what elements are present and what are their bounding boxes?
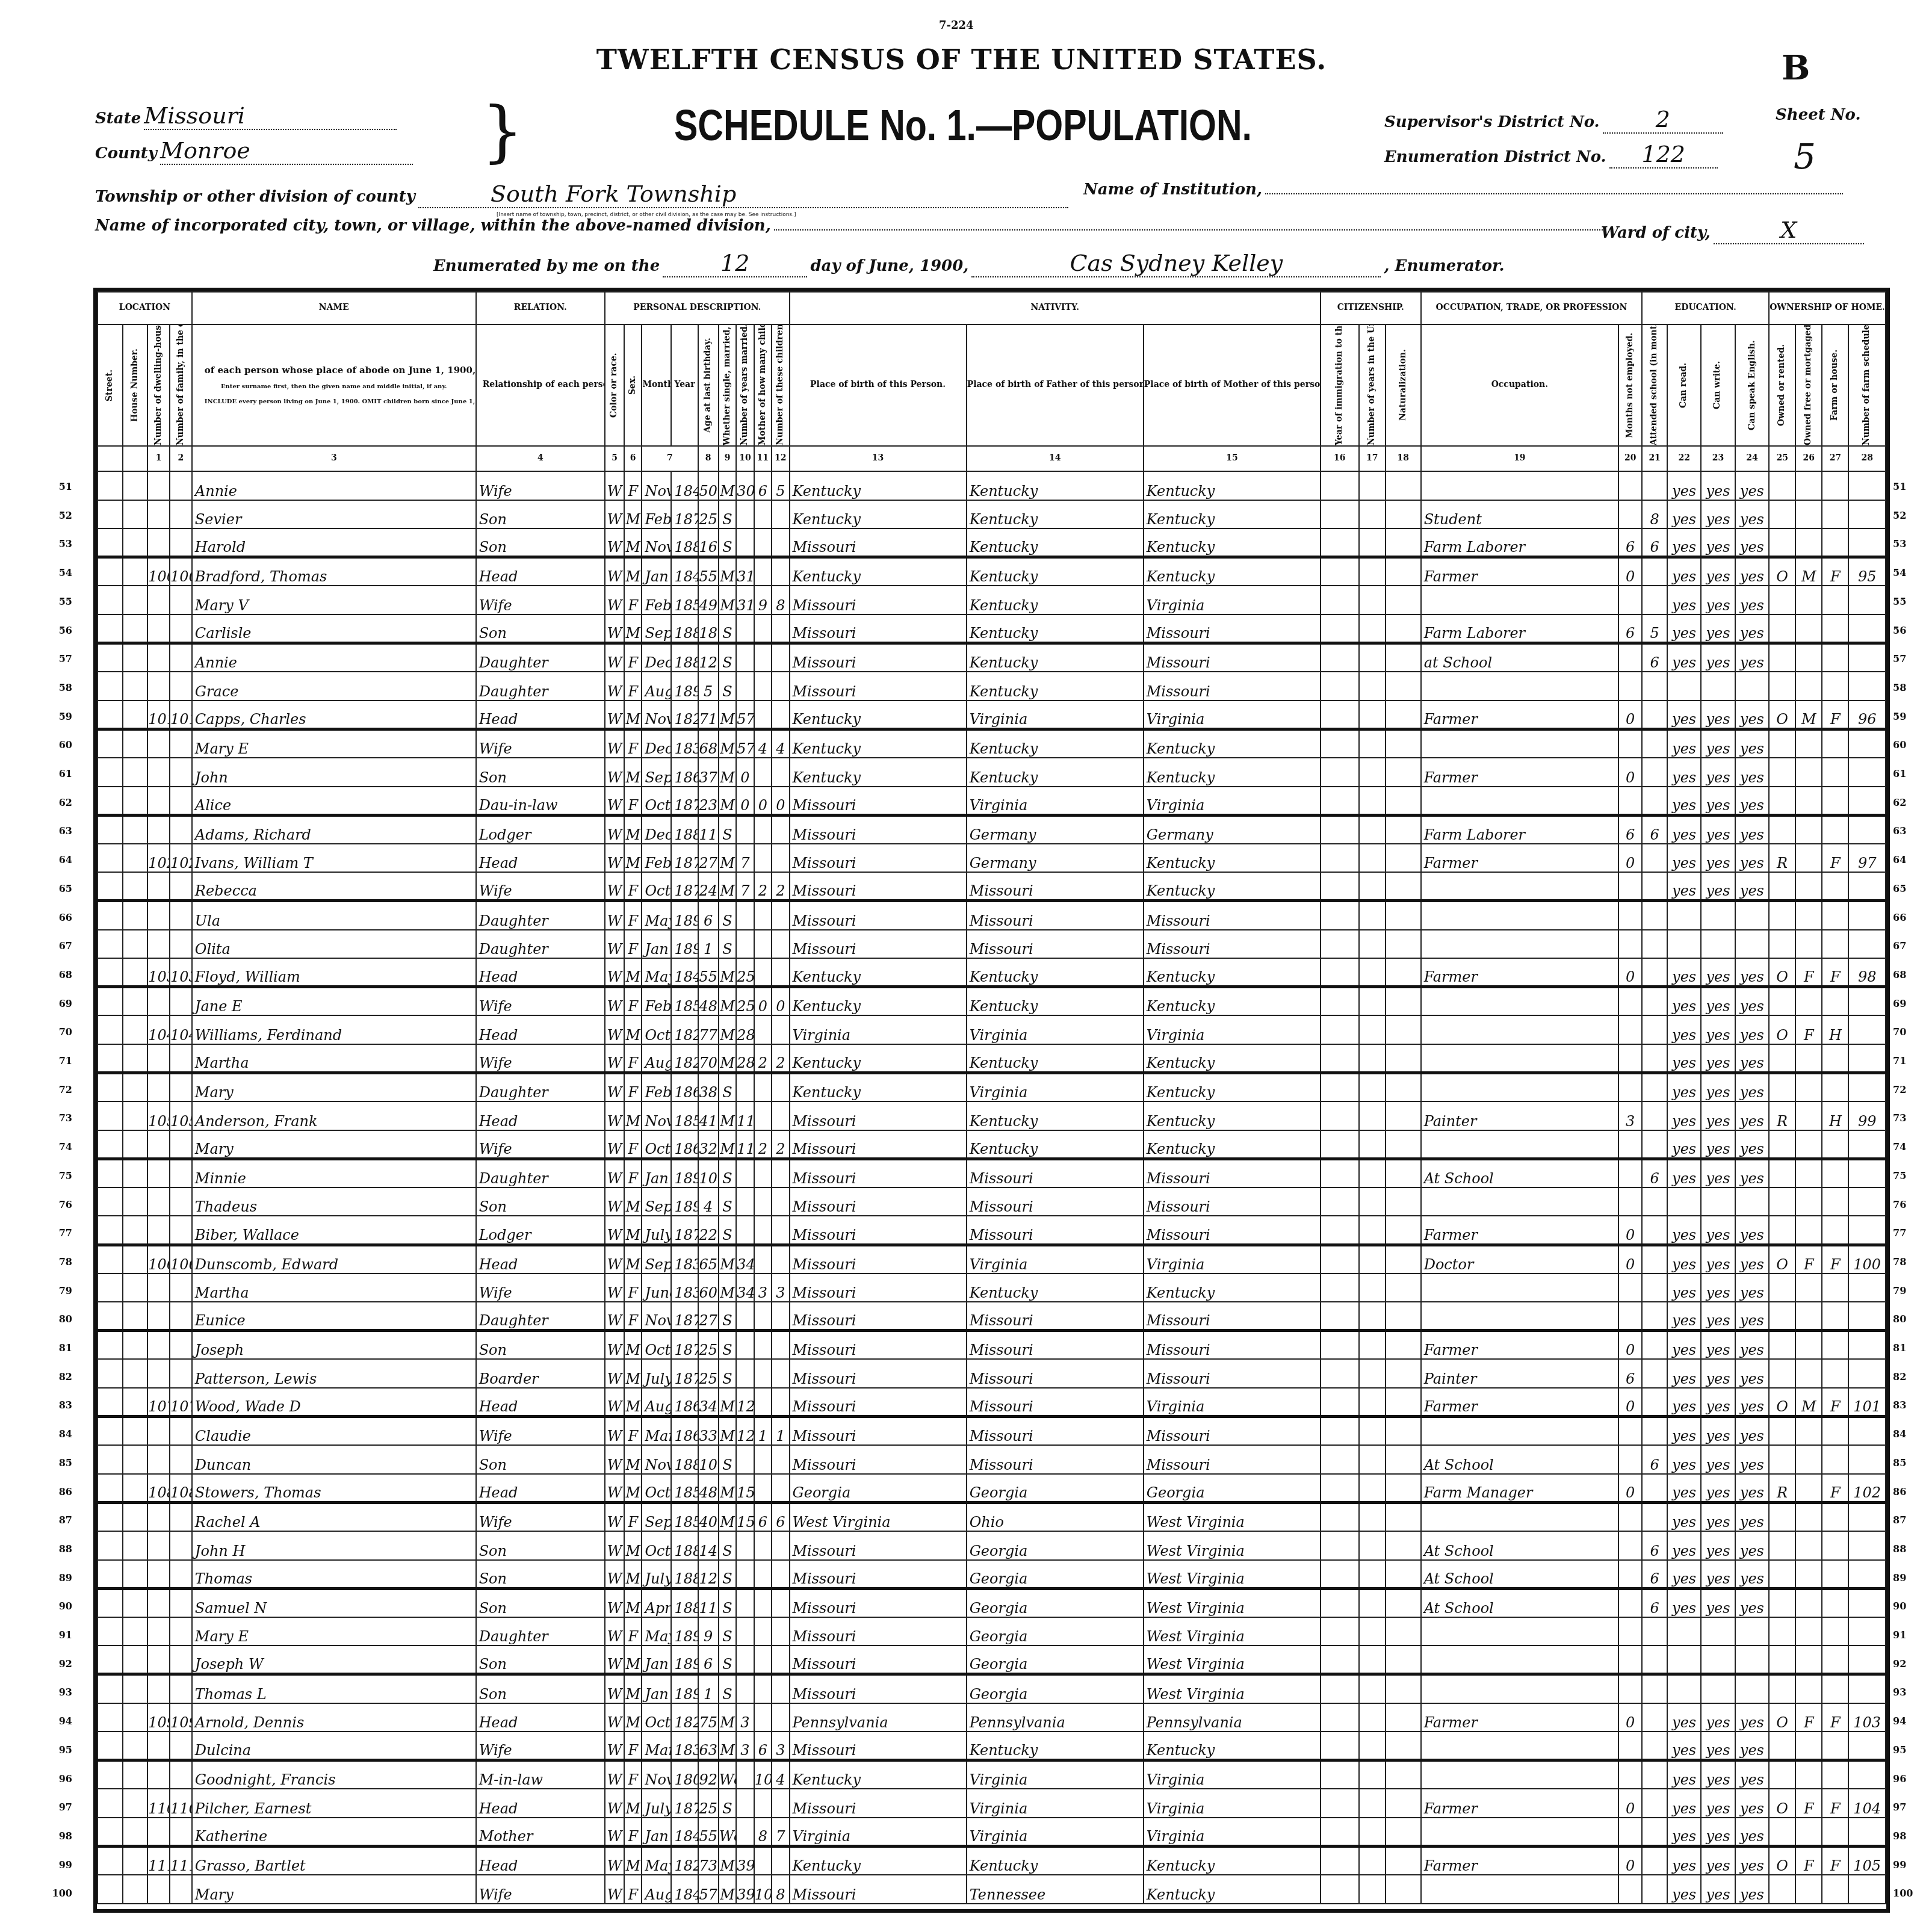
cell-mother-of [754,557,772,586]
cell-year: 1895 [671,1187,698,1216]
cell-own [1769,1732,1795,1760]
cell-family: 110 [170,1789,192,1818]
cell-birth: Kentucky [790,729,967,758]
cell-school: 6 [1642,643,1667,672]
cell-mother-birth: Germany [1144,815,1321,844]
line-number: 91 [1893,1629,1920,1641]
line-number: 77 [42,1227,72,1239]
cell-immig [1321,672,1359,701]
cell-relation: Daughter [476,1073,605,1101]
cell-mortgage [1795,1474,1822,1503]
cell-yrs-married: 12 [736,1417,754,1446]
cell-marital: M [719,787,736,816]
cell-age: 9 [698,1617,719,1646]
ward-value: X [1714,217,1864,244]
cell-immig [1321,1417,1359,1446]
cell-write: yes [1701,1216,1735,1245]
line-number: 69 [1893,998,1920,1009]
cell-name: Williams, Ferdinand [192,1015,476,1044]
cell-farm [1822,1044,1848,1073]
enumeration-line: Enumerated by me on the 12 day of June, … [433,250,1505,277]
cell-yrs-married: 11 [736,1101,754,1130]
cell-street [98,643,123,672]
cell-months-unemp: 6 [1618,528,1642,557]
cell-immig [1321,1789,1359,1818]
cell-sex: M [624,701,642,729]
cell-school [1642,729,1667,758]
cell-year: 1874 [671,1331,698,1360]
cell-write: yes [1701,1130,1735,1159]
cell-own: O [1769,1388,1795,1417]
table-row: Adams, RichardLodgerWMDec188811SMissouri… [98,815,1886,844]
cell-mortgage [1795,1646,1822,1674]
cell-relation: Head [476,701,605,729]
cell-own [1769,1073,1795,1101]
cell-yrs-married [736,930,754,959]
group-relation: RELATION. [476,292,605,324]
cell-name: Eunice [192,1302,476,1331]
cell-yrs-married [736,901,754,930]
table-row: CarlisleSonWMSep188118SMissouriKentuckyM… [98,615,1886,643]
cell-natural [1386,1732,1421,1760]
cell-natural [1386,1818,1421,1847]
cell-dwelling [147,1159,170,1187]
cell-family [170,1588,192,1617]
cell-month: Nov [642,1101,671,1130]
cell-write: yes [1701,987,1735,1016]
cell-family [170,1216,192,1245]
cell-mother-birth: Kentucky [1144,1101,1321,1130]
cell-age: 55 [698,557,719,586]
cell-farm: F [1822,701,1848,729]
cell-own [1769,758,1795,787]
cell-own: O [1769,1703,1795,1732]
cell-month: Feb [642,1073,671,1101]
cell-father-birth: Kentucky [967,987,1144,1016]
cell-family [170,1674,192,1703]
cell-name: Martha [192,1044,476,1073]
cell-father-birth: Virginia [967,1245,1144,1274]
cell-house [123,987,148,1016]
cell-month: Oct [642,1531,671,1560]
cell-english: yes [1735,1847,1769,1875]
cell-mother-of: 0 [754,787,772,816]
col-street: Street. [98,324,123,446]
cell-year: 1874 [671,1359,698,1388]
cell-father-birth: Georgia [967,1617,1144,1646]
cell-street [98,1302,123,1331]
cell-yrs-married: 39 [736,1875,754,1904]
cell-immig [1321,1073,1359,1101]
cell-mother-birth: Kentucky [1144,1875,1321,1904]
cell-birth: Missouri [790,1445,967,1474]
line-number: 67 [42,940,72,952]
cell-yrs-married: 7 [736,844,754,873]
cell-own [1769,815,1795,844]
cell-english: yes [1735,1388,1769,1417]
cell-mother-of [754,1674,772,1703]
cell-mortgage [1795,643,1822,672]
cell-father-birth: Kentucky [967,643,1144,672]
cell-father-birth: Missouri [967,1445,1144,1474]
cell-marital: M [719,958,736,987]
cell-mother-birth: Kentucky [1144,729,1321,758]
cell-yrs-married [736,1617,754,1646]
line-number: 95 [42,1744,72,1756]
cell-school [1642,471,1667,500]
cell-occupation [1421,1818,1618,1847]
cell-year: 1851 [671,1474,698,1503]
cell-sex: M [624,1789,642,1818]
line-number: 74 [1893,1141,1920,1153]
cell-living [772,1073,789,1101]
cell-father-birth: Missouri [967,1302,1144,1331]
cell-mother-of [754,1245,772,1274]
cell-marital: M [719,1044,736,1073]
cell-house [123,1588,148,1617]
cell-yrs-married [736,1302,754,1331]
cell-color: W [605,1245,624,1274]
line-number: 95 [1893,1744,1920,1756]
cell-years-us [1359,1216,1386,1245]
cell-month: May [642,901,671,930]
cell-month: Oct [642,1703,671,1732]
cell-sex: M [624,500,642,529]
city-value [774,229,1605,231]
table-row: MinnieDaughterWFJan189010SMissouriMissou… [98,1159,1886,1187]
cell-relation: Head [476,844,605,873]
cell-years-us [1359,1015,1386,1044]
cell-dwelling: 108 [147,1474,170,1503]
colno: 9 [719,446,736,471]
colno: 20 [1618,446,1642,471]
col-owned-rented: Owned or rented. [1769,324,1795,446]
cell-years-us [1359,615,1386,643]
cell-name: Dulcina [192,1732,476,1760]
cell-sex: M [624,1560,642,1589]
cell-month: Sep [642,615,671,643]
cell-color: W [605,1388,624,1417]
cell-family [170,815,192,844]
cell-years-us [1359,1388,1386,1417]
cell-natural [1386,1560,1421,1589]
cell-color: W [605,1474,624,1503]
cell-father-birth: Missouri [967,1417,1144,1446]
cell-write: yes [1701,1044,1735,1073]
cell-schedule [1848,758,1886,787]
cell-father-birth: Kentucky [967,1274,1144,1302]
colno: 10 [736,446,754,471]
cell-mother-of [754,1445,772,1474]
cell-name: Annie [192,471,476,500]
cell-mortgage: F [1795,958,1822,987]
group-personal: PERSONAL DESCRIPTION. [605,292,789,324]
table-row: 109109Arnold, DennisHeadWMOct182475M3Pen… [98,1703,1886,1732]
cell-street [98,844,123,873]
enumeration-district-value: 122 [1609,141,1718,169]
cell-age: 60 [698,1274,719,1302]
table-row: MaryDaughterWFFeb186238SKentuckyVirginia… [98,1073,1886,1101]
cell-relation: Head [476,1847,605,1875]
cell-months-unemp [1618,1015,1642,1044]
cell-years-us [1359,1044,1386,1073]
cell-living [772,758,789,787]
cell-schedule [1848,1732,1886,1760]
cell-year: 1867 [671,1130,698,1159]
cell-years-us [1359,1703,1386,1732]
line-number: 71 [1893,1055,1920,1067]
cell-occupation [1421,930,1618,959]
cell-months-unemp: 3 [1618,1101,1642,1130]
cell-house [123,930,148,959]
line-number: 72 [1893,1084,1920,1095]
cell-english: yes [1735,1015,1769,1044]
cell-name: Bradford, Thomas [192,557,476,586]
cell-yrs-married [736,1073,754,1101]
cell-farm [1822,872,1848,901]
cell-marital: M [719,1732,736,1760]
line-number: 86 [1893,1486,1920,1497]
cell-farm [1822,1274,1848,1302]
colno: 28 [1848,446,1886,471]
cell-read [1667,1617,1701,1646]
cell-mother-birth: Kentucky [1144,557,1321,586]
cell-relation: Son [476,528,605,557]
cell-family: 107 [170,1388,192,1417]
line-number: 79 [42,1285,72,1296]
cell-schedule [1848,1502,1886,1531]
cell-birth: Kentucky [790,500,967,529]
cell-school [1642,987,1667,1016]
cell-months-unemp [1618,1674,1642,1703]
cell-write: yes [1701,1703,1735,1732]
cell-house [123,1302,148,1331]
cell-immig [1321,787,1359,816]
cell-house [123,758,148,787]
cell-read: yes [1667,958,1701,987]
cell-marital: S [719,1359,736,1388]
cell-marital: M [719,987,736,1016]
cell-color: W [605,1875,624,1904]
cell-farm [1822,1302,1848,1331]
cell-year: 1877 [671,1216,698,1245]
cell-street [98,872,123,901]
cell-mother-of [754,1588,772,1617]
cell-month: Oct [642,1130,671,1159]
cell-birth: Missouri [790,1245,967,1274]
cell-dwelling [147,1417,170,1446]
cell-sex: F [624,987,642,1016]
cell-month: Dec [642,643,671,672]
cell-house [123,672,148,701]
cell-school [1642,872,1667,901]
cell-years-us [1359,672,1386,701]
cell-street [98,557,123,586]
cell-mother-birth: Missouri [1144,672,1321,701]
cell-family [170,758,192,787]
cell-occupation: Farmer [1421,557,1618,586]
cell-family [170,1818,192,1847]
cell-year: 1834 [671,1245,698,1274]
cell-immig [1321,815,1359,844]
cell-english [1735,901,1769,930]
cell-yrs-married: 57 [736,729,754,758]
cell-month: Feb [642,844,671,873]
cell-age: 73 [698,1847,719,1875]
cell-write: yes [1701,471,1735,500]
cell-immig [1321,844,1359,873]
cell-color: W [605,787,624,816]
cell-schedule [1848,1216,1886,1245]
cell-school [1642,1388,1667,1417]
ward-field: Ward of city, X [1601,217,1864,244]
cell-name: Annie [192,643,476,672]
cell-occupation [1421,1502,1618,1531]
cell-schedule: 97 [1848,844,1886,873]
cell-read: yes [1667,1502,1701,1531]
line-number: 80 [1893,1313,1920,1325]
cell-color: W [605,872,624,901]
line-number: 68 [1893,969,1920,980]
cell-living [772,958,789,987]
line-number: 84 [42,1428,72,1440]
cell-immig [1321,987,1359,1016]
cell-immig [1321,1245,1359,1274]
cell-schedule [1848,1187,1886,1216]
cell-month: May [642,1847,671,1875]
population-schedule-table: LOCATION NAME RELATION. PERSONAL DESCRIP… [93,288,1890,1913]
cell-years-us [1359,1331,1386,1360]
cell-years-us [1359,758,1386,787]
cell-birth: Missouri [790,1274,967,1302]
township-value: South Fork Township [418,181,1068,208]
cell-mother-birth: Kentucky [1144,1847,1321,1875]
colno: 19 [1421,446,1618,471]
cell-write: yes [1701,1588,1735,1617]
cell-sex: M [624,844,642,873]
cell-months-unemp [1618,1417,1642,1446]
cell-read: yes [1667,643,1701,672]
cell-street [98,1130,123,1159]
cell-immig [1321,1703,1359,1732]
cell-read: yes [1667,1760,1701,1789]
cell-mortgage [1795,758,1822,787]
cell-sex: M [624,758,642,787]
cell-farm: F [1822,1847,1848,1875]
cell-school [1642,1331,1667,1360]
cell-name: Thadeus [192,1187,476,1216]
cell-family [170,1732,192,1760]
cell-immig [1321,1646,1359,1674]
cell-age: 34 [698,1388,719,1417]
col-birth-mother: Place of birth of Mother of this person. [1144,324,1321,446]
cell-relation: Son [476,1331,605,1360]
cell-farm [1822,1187,1848,1216]
cell-color: W [605,758,624,787]
cell-mother-of [754,528,772,557]
line-number: 59 [1893,711,1920,722]
cell-natural [1386,557,1421,586]
cell-relation: Dau-in-law [476,787,605,816]
cell-sex: F [624,1302,642,1331]
cell-birth: Missouri [790,1531,967,1560]
cell-mother-birth: Virginia [1144,1818,1321,1847]
cell-family [170,1760,192,1789]
cell-write: yes [1701,1159,1735,1187]
cell-yrs-married [736,1359,754,1388]
cell-natural [1386,1674,1421,1703]
line-number: 58 [1893,682,1920,693]
table-row: 100100Bradford, ThomasHeadWMJan184555M31… [98,557,1886,586]
cell-mother-of [754,643,772,672]
cell-color: W [605,701,624,729]
cell-year: 1894 [671,901,698,930]
cell-immig [1321,1044,1359,1073]
cell-color: W [605,1560,624,1589]
table-row: ThadeusSonWMSep18954SMissouriMissouriMis… [98,1187,1886,1216]
cell-years-us [1359,1560,1386,1589]
cell-living: 1 [772,1417,789,1446]
cell-mother-of: 3 [754,1274,772,1302]
cell-marital: S [719,1646,736,1674]
cell-dwelling [147,1445,170,1474]
cell-father-birth: Virginia [967,1760,1144,1789]
cell-farm: F [1822,1789,1848,1818]
table-row: Patterson, LewisBoarderWMJuly187425SMiss… [98,1359,1886,1388]
cell-sex: M [624,1474,642,1503]
cell-read: yes [1667,758,1701,787]
cell-name: Arnold, Dennis [192,1703,476,1732]
col-family: Number of family, in the order of visita… [170,324,192,446]
cell-year: 1899 [671,1674,698,1703]
cell-yrs-married [736,528,754,557]
cell-occupation [1421,471,1618,500]
cell-natural [1386,1875,1421,1904]
table-row: 107107Wood, Wade DHeadWMAug186534M12Miss… [98,1388,1886,1417]
cell-relation: Son [476,1531,605,1560]
cell-age: 18 [698,615,719,643]
cell-marital: M [719,1875,736,1904]
cell-english: yes [1735,1502,1769,1531]
cell-house [123,586,148,615]
cell-months-unemp: 6 [1618,815,1642,844]
cell-family: 105 [170,1101,192,1130]
cell-dwelling [147,1646,170,1674]
cell-father-birth: Virginia [967,1789,1144,1818]
cell-write: yes [1701,500,1735,529]
cell-month: Feb [642,586,671,615]
cell-read: yes [1667,528,1701,557]
cell-birth: Missouri [790,1588,967,1617]
cell-birth: Missouri [790,1216,967,1245]
cell-schedule [1848,1159,1886,1187]
cell-schedule: 100 [1848,1245,1886,1274]
cell-living [772,672,789,701]
cell-color: W [605,1274,624,1302]
cell-mother-birth: Missouri [1144,1417,1321,1446]
cell-sex: M [624,1245,642,1274]
cell-english: yes [1735,1703,1769,1732]
line-number: 65 [42,883,72,894]
cell-yrs-married: 34 [736,1274,754,1302]
table-row: JosephSonWMOct187425SMissouriMissouriMis… [98,1331,1886,1360]
cell-father-birth: Missouri [967,901,1144,930]
cell-year: 1894 [671,672,698,701]
cell-street [98,958,123,987]
cell-mortgage: M [1795,1388,1822,1417]
cell-months-unemp: 0 [1618,701,1642,729]
cell-birth: Missouri [790,615,967,643]
